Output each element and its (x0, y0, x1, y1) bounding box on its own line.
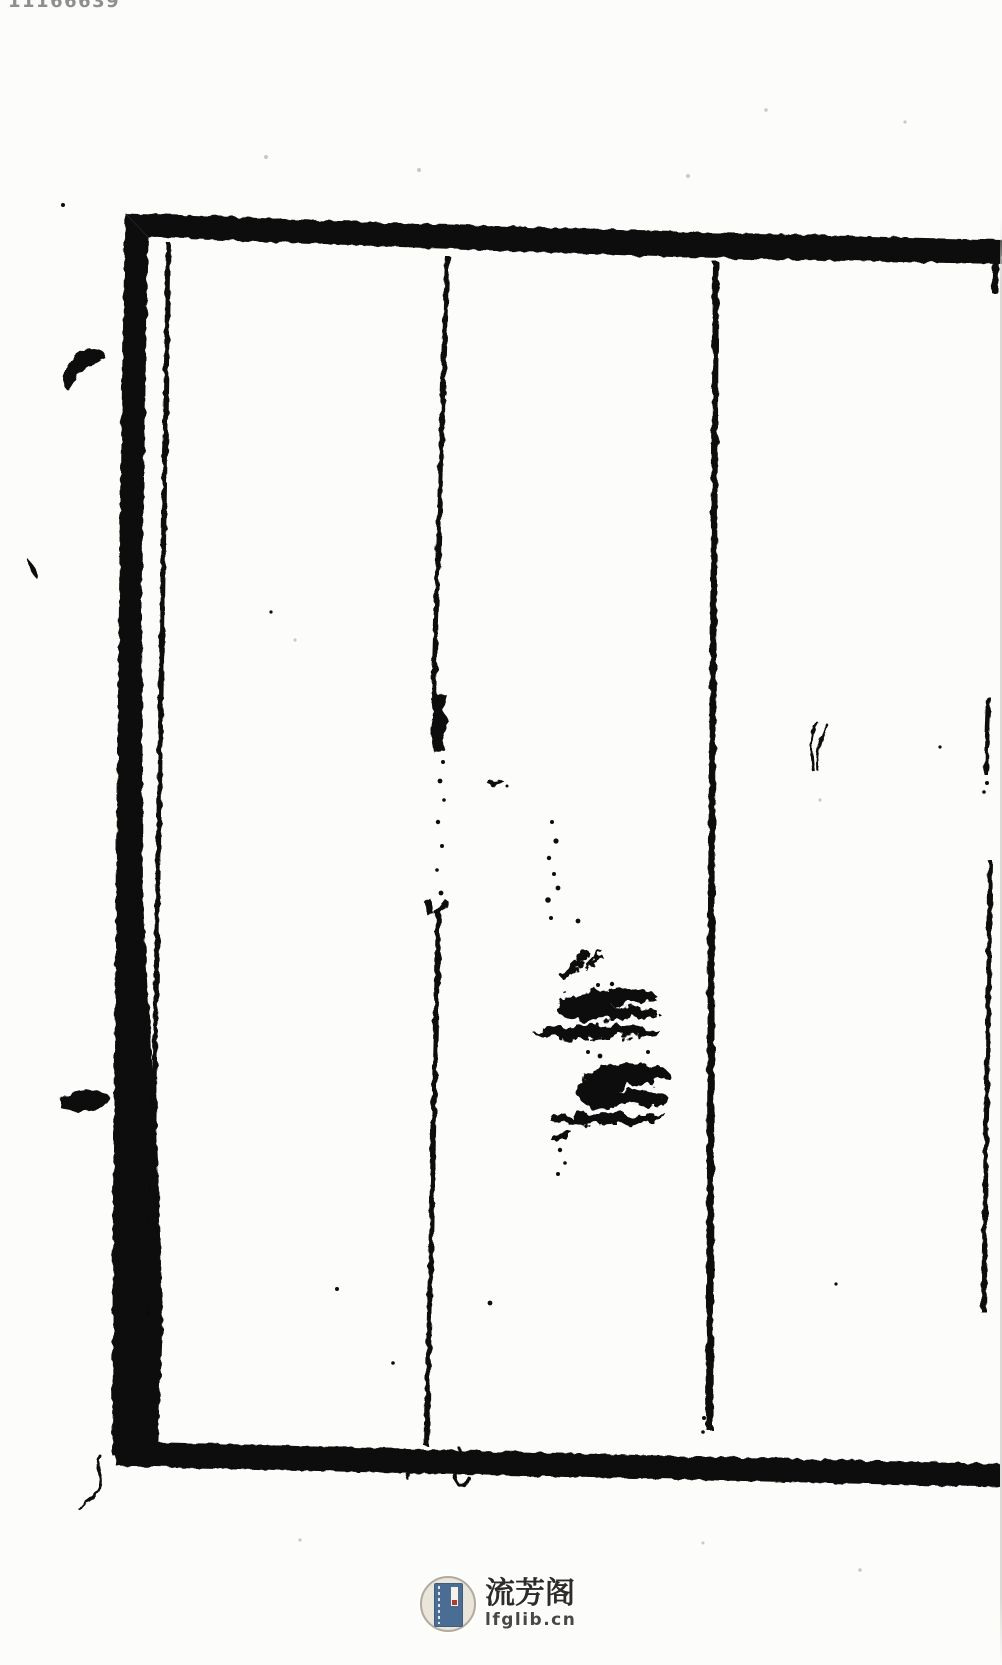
ink-dot (488, 1301, 493, 1306)
column-line-3 (706, 262, 719, 1430)
dust-speck (903, 120, 906, 123)
ink-dot (834, 1282, 837, 1285)
ink-dot (586, 1050, 590, 1054)
ink-dot (506, 785, 509, 788)
smudge-strokes (560, 949, 602, 981)
watermark-site-domain: lfglib.cn (485, 1612, 576, 1629)
ink-dot (440, 844, 444, 848)
ink-dot (556, 886, 561, 891)
ink-dots (61, 108, 989, 1572)
ink-dot (441, 760, 445, 764)
ink-dot (61, 203, 65, 207)
ink-dot (545, 897, 551, 903)
ink-dot (558, 1148, 562, 1152)
red-seal-icon (452, 1600, 457, 1605)
ink-dot (438, 779, 443, 784)
ink-dot (335, 1287, 339, 1291)
border-right-stub (992, 250, 999, 293)
ink-dot (982, 790, 986, 794)
smudge-block-2-streak (548, 1113, 668, 1125)
watermark-site-name: 流芳阁 (485, 1579, 576, 1609)
dust-speck (686, 174, 690, 178)
ink-dot (702, 1416, 706, 1420)
corner-squiggle (80, 1456, 101, 1509)
ink-dot (556, 1172, 560, 1176)
ink-dot (439, 891, 444, 896)
ink-dot (610, 982, 614, 986)
ink-dot (563, 1161, 567, 1165)
smudge-block-1 (556, 989, 659, 1021)
ink-dot (436, 820, 440, 824)
stitched-book-icon (434, 1583, 463, 1627)
dust-speck (264, 155, 268, 159)
ink-dot (442, 798, 446, 802)
ink-dot (646, 1050, 650, 1054)
ink-dot (596, 983, 600, 987)
dust-speck (858, 1568, 862, 1572)
column-line-4-lower (981, 861, 993, 1312)
ink-dot (435, 868, 439, 872)
smudge-block-2 (579, 1064, 669, 1108)
ink-dot (701, 1430, 705, 1434)
frame-borders (112, 213, 1002, 1487)
ink-dot (576, 919, 581, 924)
column-line-2-lower (424, 910, 441, 1446)
smudge-dash-top (487, 779, 504, 784)
scanned-book-page: 11166639 流芳阁 (0, 0, 1002, 1665)
ink-dot (549, 916, 553, 920)
smudge-tail (552, 1129, 571, 1142)
ink-dot (985, 781, 989, 785)
ink-dot (391, 1361, 395, 1365)
book-title-label (451, 1587, 458, 1606)
watermark-badge (420, 1576, 476, 1632)
column-line-2-upper (431, 256, 450, 700)
column-line-4-upper (984, 697, 991, 775)
book-stitch-binding (438, 1586, 440, 1624)
ink-dot (598, 1054, 603, 1059)
dust-speck (818, 798, 821, 801)
margin-mark-upper-left (63, 348, 104, 389)
column-line-2-blob (430, 693, 449, 752)
border-bottom (113, 1441, 1002, 1487)
ink-dot (552, 872, 556, 876)
bottom-curl-1 (407, 1453, 409, 1478)
watermark: 流芳阁 lfglib.cn (420, 1576, 576, 1632)
ink-dot (550, 820, 554, 824)
ink-dot (938, 745, 941, 748)
dust-speck (702, 1542, 705, 1545)
dust-speck (298, 1538, 301, 1541)
border-left (112, 213, 163, 1455)
column-rule-lines (148, 243, 993, 1446)
ink-smudges (487, 779, 669, 1142)
ink-dot (269, 610, 272, 613)
smudge-block-1-streak (530, 1025, 658, 1038)
column-line-2-fork-left (424, 898, 434, 917)
ink-dot (547, 856, 551, 860)
hook-mark (811, 723, 827, 770)
dust-speck (764, 108, 768, 112)
border-top (125, 213, 1002, 264)
column-line-1 (148, 243, 171, 1330)
scan-ink-layer (0, 0, 1002, 1665)
margin-mark-left-edge (28, 559, 38, 579)
ink-dot (553, 838, 558, 843)
watermark-text-block: 流芳阁 lfglib.cn (485, 1579, 576, 1629)
margin-mark-lower-left (60, 1090, 110, 1111)
dust-speck (293, 638, 296, 641)
dust-speck (417, 168, 421, 172)
